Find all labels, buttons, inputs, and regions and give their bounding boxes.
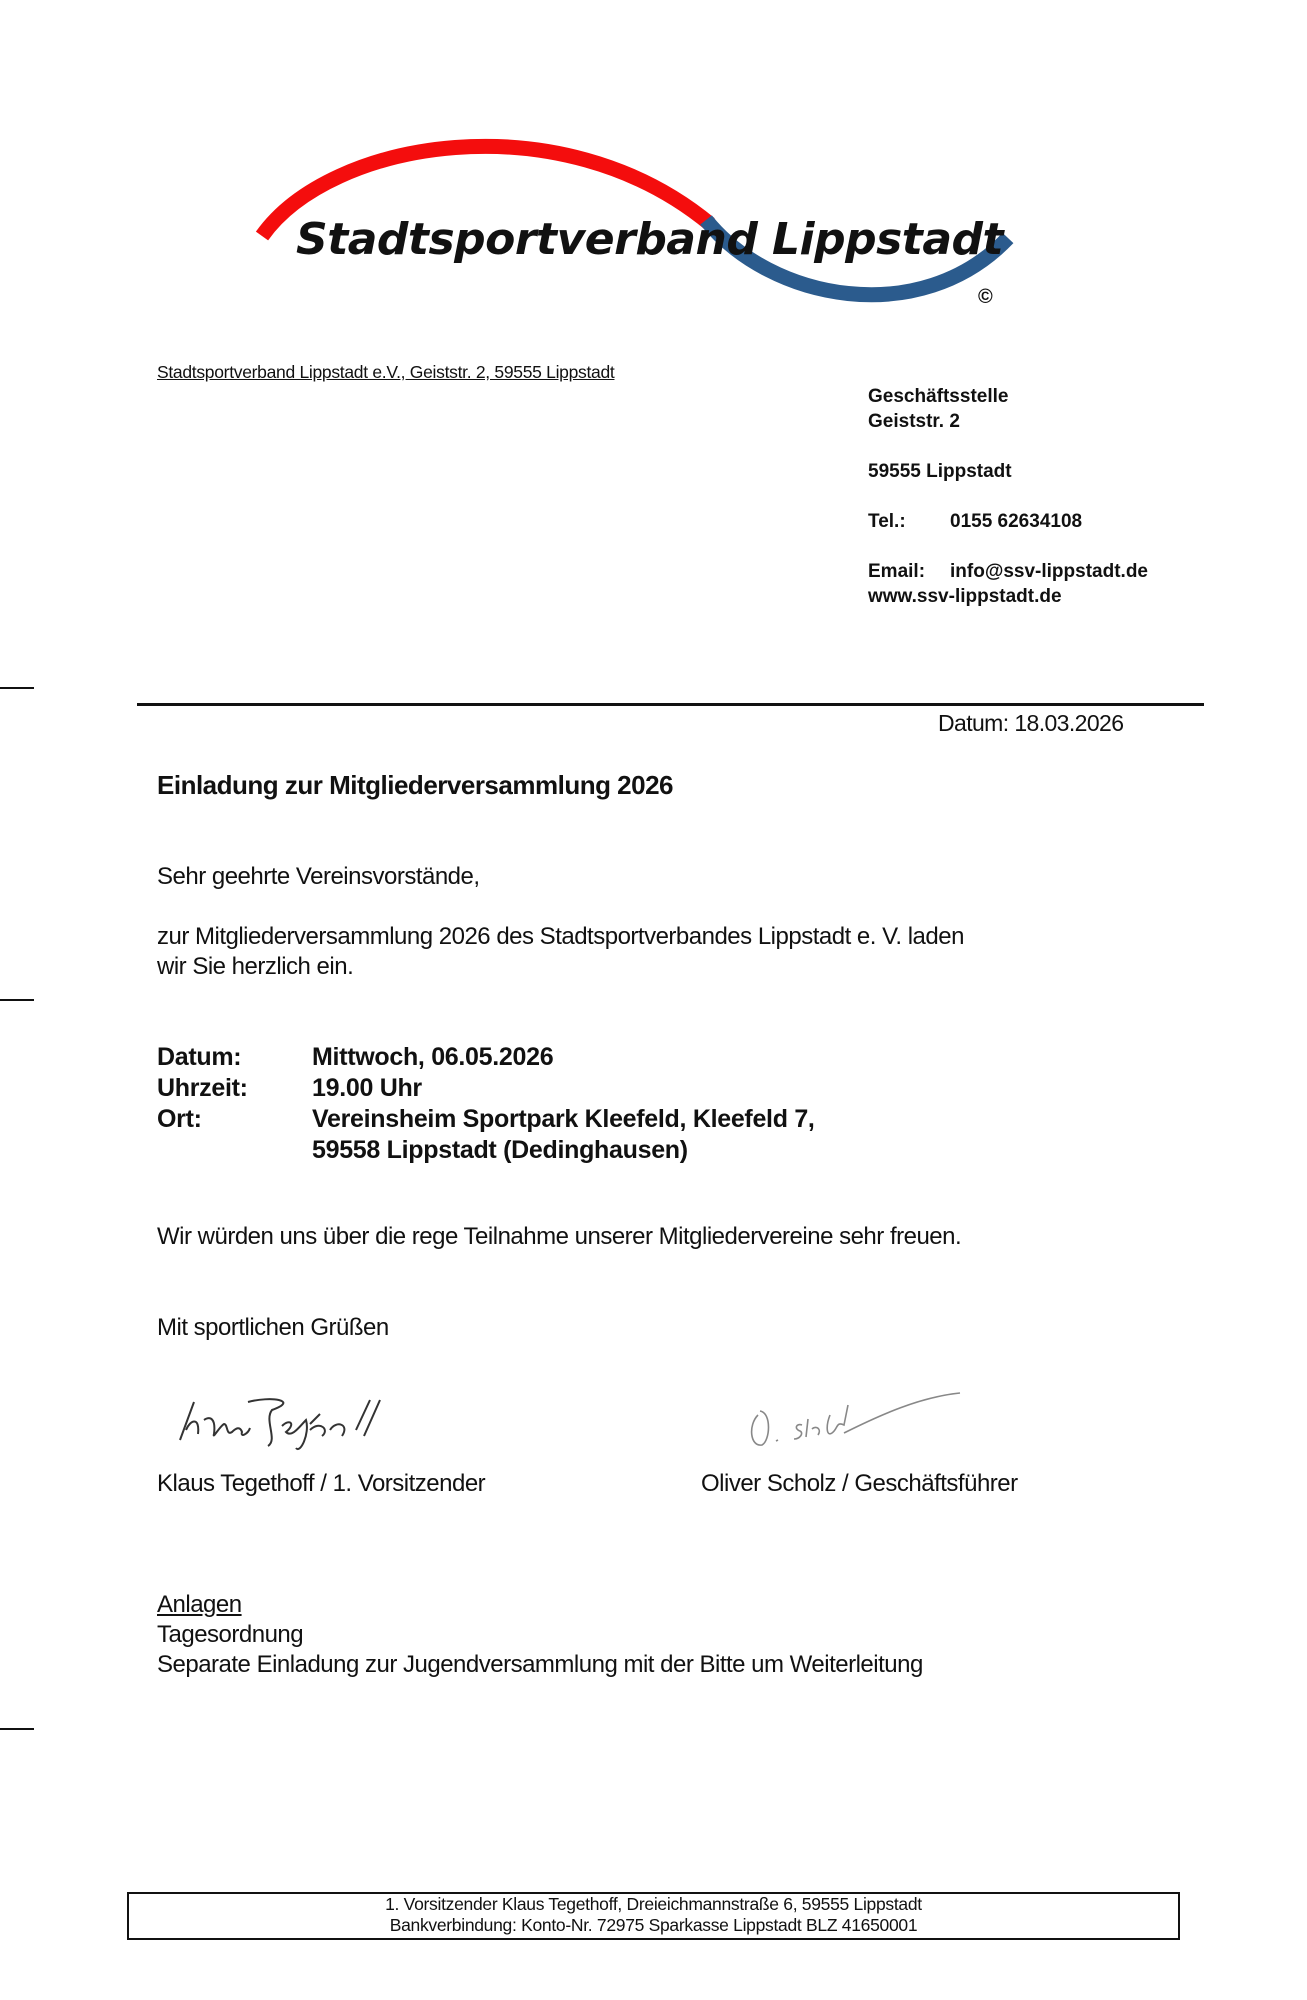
copyright-icon: © bbox=[978, 286, 993, 309]
detail-row-location: Ort:Vereinsheim Sportpark Kleefeld, Klee… bbox=[157, 1104, 815, 1135]
office-contact-block: Geschäftsstelle Geiststr. 2 59555 Lippst… bbox=[868, 384, 1148, 609]
intro-line: zur Mitgliederversammlung 2026 des Stadt… bbox=[157, 922, 964, 952]
detail-label: Ort: bbox=[157, 1104, 312, 1135]
office-street: Geiststr. 2 bbox=[868, 409, 1148, 434]
detail-label bbox=[157, 1135, 312, 1166]
signatory-manager: Oliver Scholz / Geschäftsführer bbox=[701, 1470, 1018, 1498]
office-city: 59555 Lippstadt bbox=[868, 459, 1148, 484]
website-link[interactable]: www.ssv-lippstadt.de bbox=[868, 584, 1148, 609]
detail-label: Uhrzeit: bbox=[157, 1073, 312, 1104]
fold-mark bbox=[0, 1728, 34, 1730]
footer-bank-details: Bankverbindung: Konto-Nr. 72975 Sparkass… bbox=[129, 1915, 1178, 1936]
closing-text: Wir würden uns über die rege Teilnahme u… bbox=[157, 1222, 961, 1252]
letter-subject: Einladung zur Mitgliederversammlung 2026 bbox=[157, 770, 673, 801]
intro-line: wir Sie herzlich ein. bbox=[157, 952, 964, 982]
email-label: Email: bbox=[868, 559, 950, 584]
salutation: Sehr geehrte Vereinsvorstände, bbox=[157, 862, 480, 892]
detail-row-time: Uhrzeit:19.00 Uhr bbox=[157, 1073, 815, 1104]
attachment-item: Tagesordnung bbox=[157, 1620, 923, 1650]
footer-chairman-address: 1. Vorsitzender Klaus Tegethoff, Dreieic… bbox=[129, 1894, 1178, 1915]
signatory-chairman: Klaus Tegethoff / 1. Vorsitzender bbox=[157, 1470, 485, 1498]
attachment-item: Separate Einladung zur Jugendversammlung… bbox=[157, 1650, 923, 1680]
logo-word-lippstadt: Lippstadt bbox=[772, 214, 1003, 265]
detail-value: Mittwoch, 06.05.2026 bbox=[312, 1042, 553, 1073]
fold-mark bbox=[0, 687, 34, 689]
phone-value: 0155 62634108 bbox=[950, 511, 1082, 532]
office-title: Geschäftsstelle bbox=[868, 384, 1148, 409]
greeting: Mit sportlichen Grüßen bbox=[157, 1313, 389, 1343]
attachments-heading: Anlagen bbox=[157, 1590, 923, 1620]
attachments-section: Anlagen Tagesordnung Separate Einladung … bbox=[157, 1590, 923, 1680]
office-email: Email:info@ssv-lippstadt.de bbox=[868, 559, 1148, 584]
signature-klaus-tegethoff-icon bbox=[160, 1390, 460, 1460]
detail-label: Datum: bbox=[157, 1042, 312, 1073]
logo-wave-icon bbox=[0, 0, 1307, 340]
intro-paragraph: zur Mitgliederversammlung 2026 des Stadt… bbox=[157, 922, 964, 982]
signature-oliver-scholz-icon bbox=[740, 1385, 970, 1460]
detail-value: 59558 Lippstadt (Dedinghausen) bbox=[312, 1135, 688, 1166]
phone-label: Tel.: bbox=[868, 509, 950, 534]
header-divider bbox=[137, 703, 1204, 706]
detail-value: 19.00 Uhr bbox=[312, 1073, 422, 1104]
office-phone: Tel.:0155 62634108 bbox=[868, 509, 1148, 534]
meeting-details: Datum:Mittwoch, 06.05.2026 Uhrzeit:19.00… bbox=[157, 1042, 815, 1166]
detail-row-date: Datum:Mittwoch, 06.05.2026 bbox=[157, 1042, 815, 1073]
sender-address-line: Stadtsportverband Lippstadt e.V., Geists… bbox=[157, 362, 614, 383]
logo-word-stadtsportverband: Stadtsportverband bbox=[296, 214, 757, 265]
detail-value: Vereinsheim Sportpark Kleefeld, Kleefeld… bbox=[312, 1104, 815, 1135]
letter-footer: 1. Vorsitzender Klaus Tegethoff, Dreieic… bbox=[127, 1892, 1180, 1940]
letter-date: Datum: 18.03.2026 bbox=[938, 710, 1123, 737]
fold-mark bbox=[0, 999, 34, 1001]
logo: Stadtsportverband Lippstadt © bbox=[0, 0, 1307, 340]
email-link[interactable]: info@ssv-lippstadt.de bbox=[950, 561, 1148, 582]
detail-row-location-cont: 59558 Lippstadt (Dedinghausen) bbox=[157, 1135, 815, 1166]
